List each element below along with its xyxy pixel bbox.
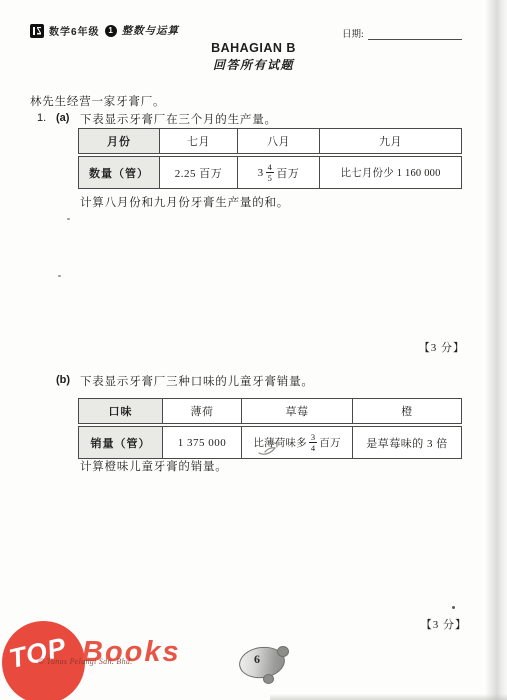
table-row: 月份 七月 八月 九月 — [78, 128, 462, 154]
scan-speck — [58, 275, 61, 277]
table-row: 口味 薄荷 草莓 橙 — [78, 398, 462, 424]
header-left: 数学6年级 1 整数与运算 — [30, 23, 179, 38]
cell-july-value: 2.25 百万 — [159, 156, 238, 189]
col-header-july: 七月 — [159, 128, 238, 154]
date-blank-line — [368, 28, 462, 40]
scan-speck — [67, 218, 70, 220]
col-header-strawberry: 草莓 — [241, 398, 353, 424]
series-title: 数学6年级 — [49, 23, 100, 38]
mascot-ear — [277, 646, 289, 657]
mixed-number-whole: 3 — [258, 167, 264, 179]
part-a-task: 计算八月份和九月份牙膏生产量的和。 — [80, 194, 289, 210]
unit-number-badge: 1 — [105, 25, 117, 37]
fraction-denominator: 5 — [268, 173, 273, 183]
col-header-mint: 薄荷 — [162, 398, 242, 424]
fraction: 3 4 — [309, 433, 317, 453]
col-header-orange: 橙 — [352, 398, 462, 424]
publisher-logo-icon — [30, 24, 44, 38]
page-number-mascot: 6 — [237, 644, 289, 684]
cell-mint-value: 1 375 000 — [162, 426, 242, 459]
fraction-denominator: 4 — [311, 443, 315, 453]
row-header-quantity: 数量（管） — [78, 156, 160, 189]
part-a-prompt: 下表显示牙膏厂在三个月的生产量。 — [80, 111, 277, 127]
scan-speck — [452, 606, 455, 609]
date-label: 日期: — [342, 26, 364, 40]
worksheet-page: 数学6年级 1 整数与运算 日期: BAHAGIAN B 回答所有试题 林先生经… — [0, 0, 507, 700]
part-a-marks: 【3 分】 — [419, 339, 465, 355]
part-a-label: (a) — [56, 112, 69, 124]
unit-suffix: 百万 — [276, 165, 299, 181]
fraction-numerator: 4 — [266, 163, 275, 174]
table-row: 数量（管） 2.25 百万 3 4 5 百万 比七月份少 1 160 000 — [78, 156, 462, 189]
fraction-numerator: 3 — [309, 433, 317, 444]
part-b-label: (b) — [56, 374, 70, 386]
page-bottom-shadow — [270, 694, 507, 700]
copyright-text: © Tunas Pelangi Sdn. Bhd. — [38, 657, 132, 666]
col-header-september: 九月 — [319, 128, 462, 154]
col-header-month: 月份 — [78, 128, 160, 154]
date-field: 日期: — [342, 26, 462, 40]
unit-suffix: 百万 — [319, 435, 340, 450]
part-b-task: 计算橙味儿童牙膏的销量。 — [80, 458, 228, 474]
production-table: 月份 七月 八月 九月 数量（管） 2.25 百万 3 4 5 百万 比七月份少… — [78, 128, 462, 189]
pencil-smudge — [255, 440, 281, 458]
cell-orange-value: 是草莓味的 3 倍 — [352, 426, 462, 459]
unit-title: 整数与运算 — [122, 23, 180, 38]
question-number: 1. — [37, 112, 46, 124]
intro-text: 林先生经营一家牙膏厂。 — [30, 93, 165, 109]
fraction: 4 5 — [266, 163, 275, 183]
part-b-prompt: 下表显示牙膏厂三种口味的儿童牙膏销量。 — [80, 373, 314, 389]
col-header-flavour: 口味 — [78, 398, 163, 424]
cell-august-value: 3 4 5 百万 — [237, 156, 320, 189]
page-number: 6 — [254, 652, 260, 667]
cell-september-value: 比七月份少 1 160 000 — [319, 156, 462, 189]
row-header-sales: 销量（管） — [78, 426, 163, 459]
col-header-august: 八月 — [237, 128, 320, 154]
section-title: BAHAGIAN B — [0, 41, 507, 55]
page-edge-shadow — [485, 0, 507, 700]
part-b-marks: 【3 分】 — [421, 616, 467, 632]
mascot-foot — [263, 674, 274, 684]
section-subtitle: 回答所有试题 — [0, 56, 507, 73]
